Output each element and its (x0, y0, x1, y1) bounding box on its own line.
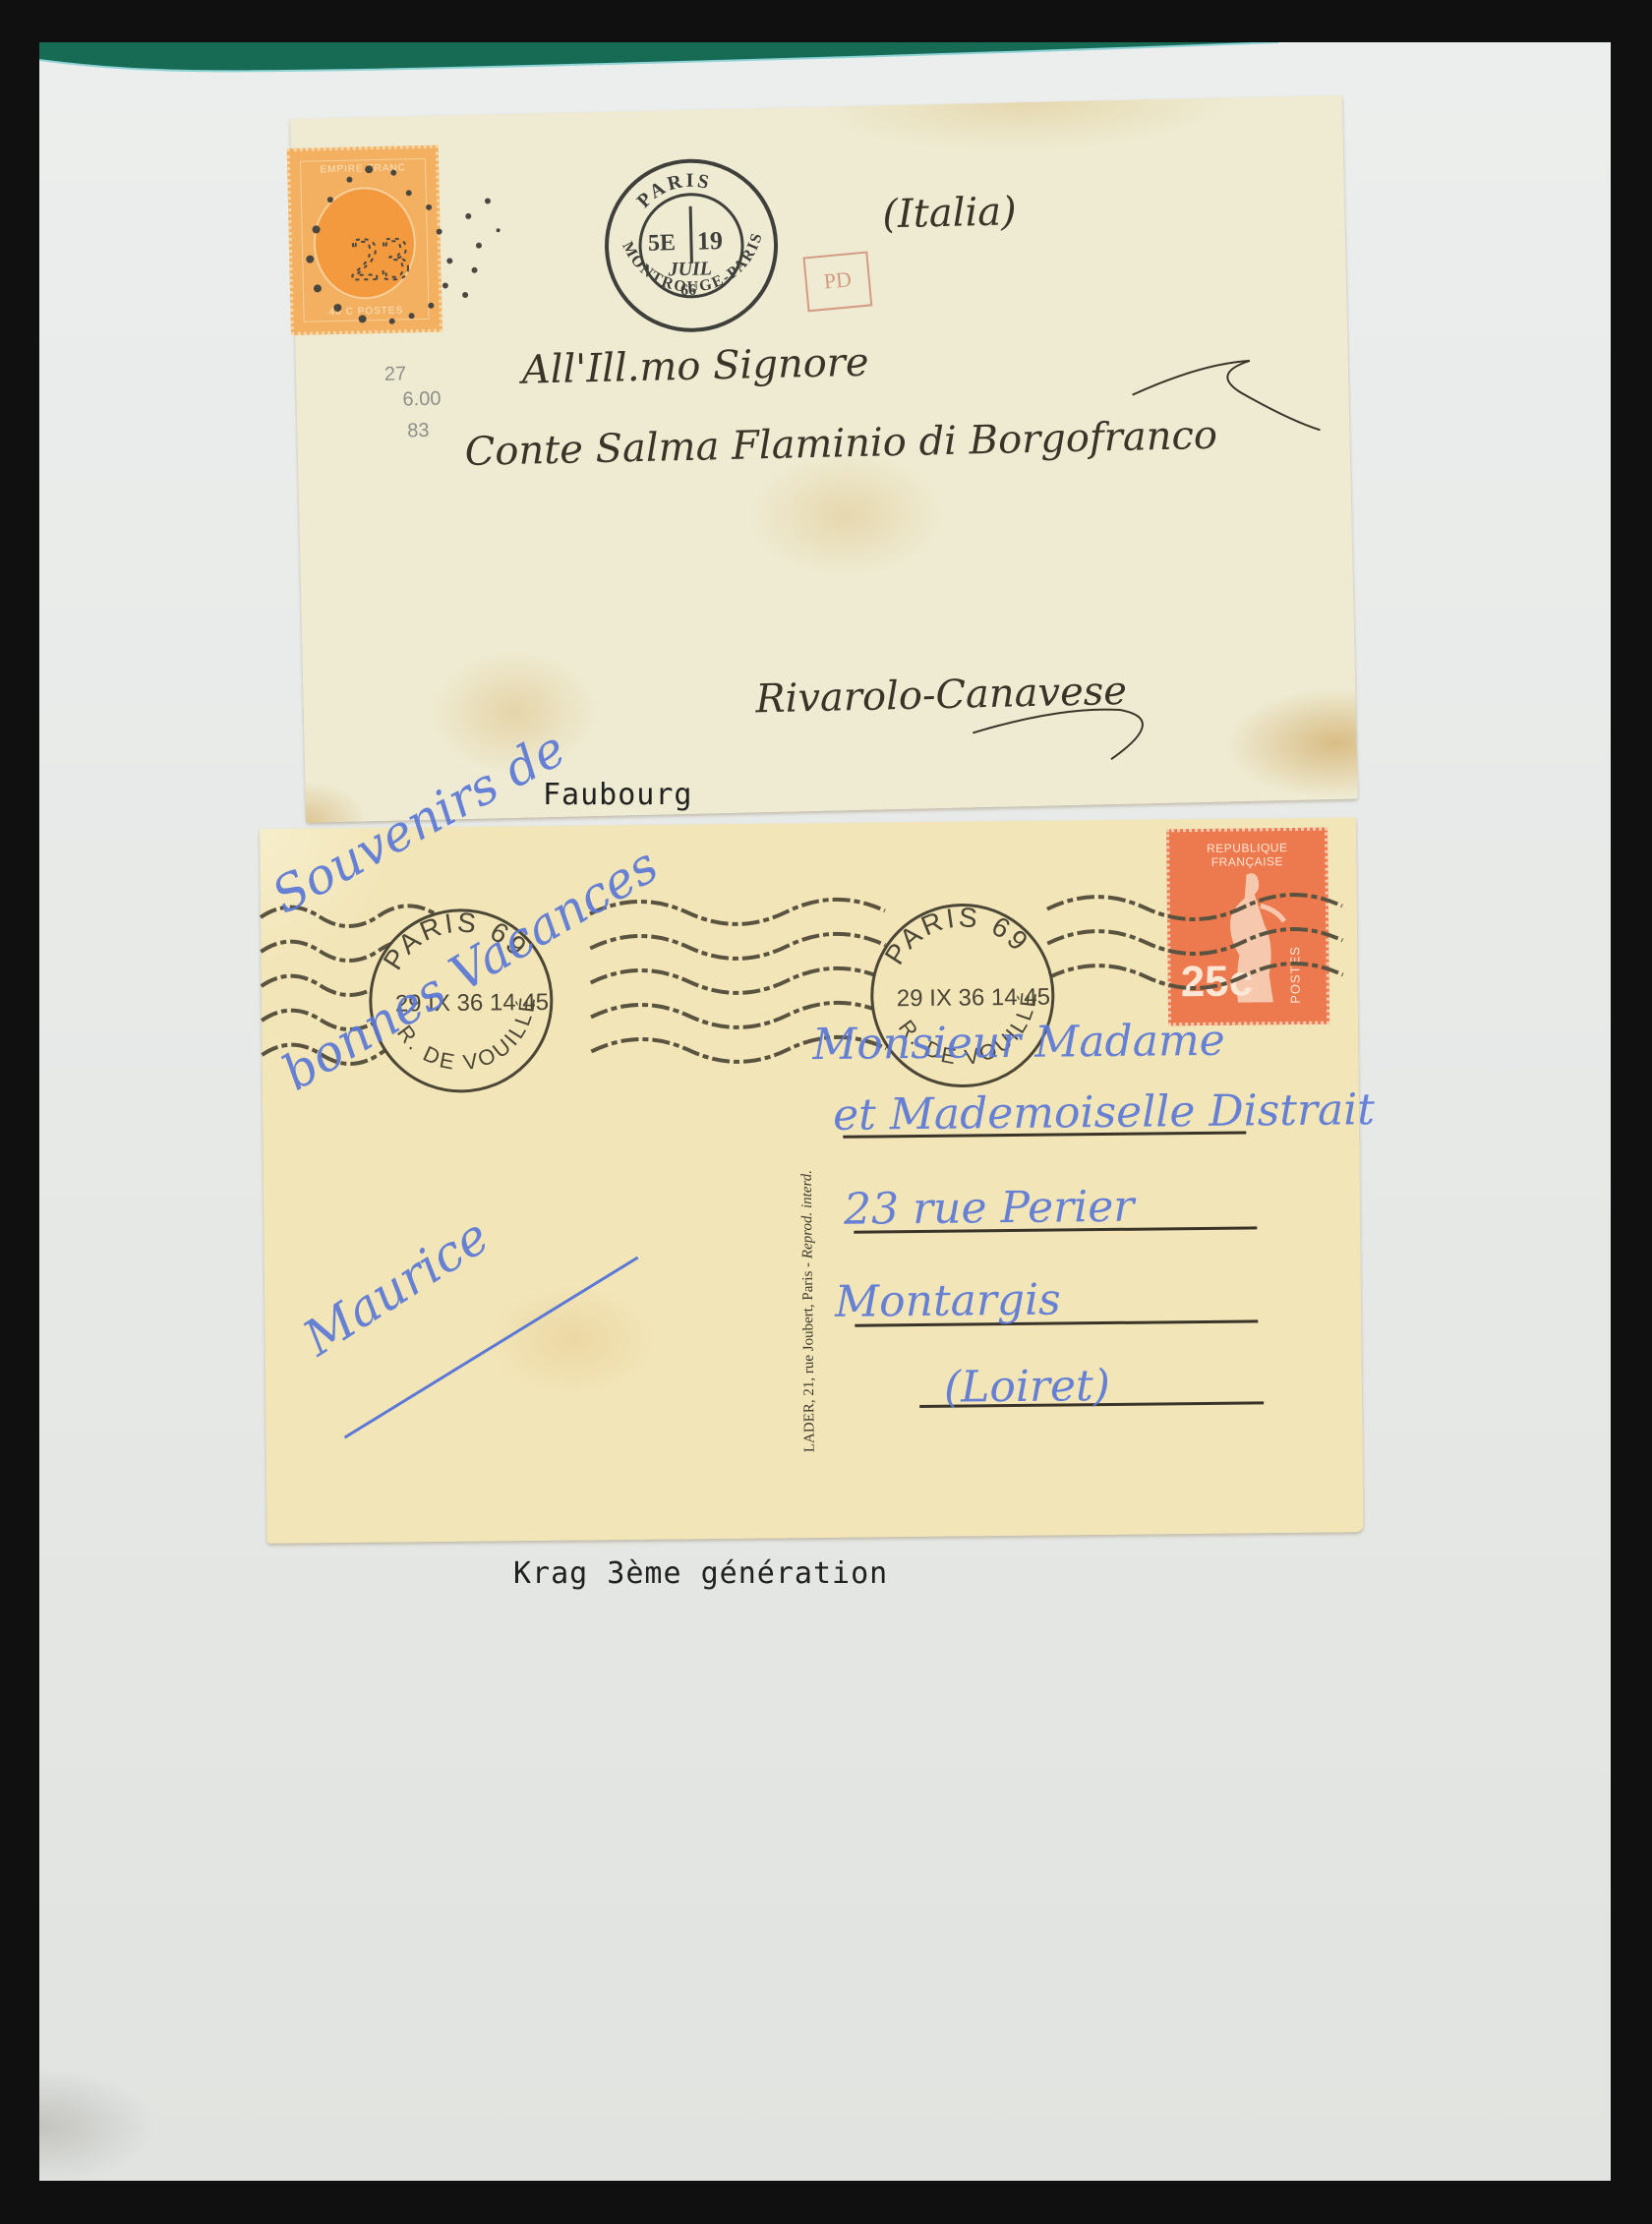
pd-boxed-mark: PD (802, 251, 872, 312)
postcard: REPUBLIQUE FRANÇAISE 25c POSTES (260, 817, 1364, 1544)
album-page: EMPIRE FRANC 40 C POSTES 23 (39, 42, 1611, 2181)
address-line-5: (Loiret) (944, 1361, 1110, 1413)
underline-flourish (972, 689, 1170, 773)
svg-text:JUIL: JUIL (667, 258, 712, 280)
caption-faubourg: Faubourg (543, 778, 693, 812)
svg-text:23: 23 (349, 225, 412, 293)
paris-cds-postmark: PARIS MONTROUGE-PARIS 5E 19 JUIL 66 (601, 155, 782, 336)
green-band (39, 42, 1611, 101)
napoleon-stamp: EMPIRE FRANC 40 C POSTES 23 (287, 146, 442, 335)
caption-krag: Krag 3ème génération (513, 1556, 888, 1591)
signature-stroke (343, 1258, 660, 1457)
pencil-note-3: 83 (407, 419, 430, 442)
address-line-1: Monsieur Madame (812, 1016, 1225, 1070)
salutation: All'Ill.mo Signore (521, 340, 869, 393)
pencil-note-2: 6.00 (402, 387, 441, 412)
shadow (39, 2068, 157, 2181)
recipient-name: Conte Salma Flaminio di Borgofranco (464, 413, 1217, 475)
cover-envelope: EMPIRE FRANC 40 C POSTES 23 (290, 95, 1358, 823)
address-line-4: Montargis (835, 1274, 1061, 1326)
destination-country: (Italia) (882, 189, 1017, 237)
svg-text:66: 66 (680, 282, 696, 299)
publisher-imprint: LADER, 21, rue Joubert, Paris - Reprod. … (799, 1170, 819, 1452)
address-line-3: 23 rue Perier (844, 1182, 1135, 1235)
pencil-note-1: 27 (384, 362, 407, 385)
address-line-2: et Mademoiselle Distrait (833, 1084, 1375, 1141)
svg-text:19: 19 (697, 226, 724, 256)
svg-text:5E: 5E (648, 230, 677, 257)
numeral-cancel: 23 (290, 146, 511, 368)
